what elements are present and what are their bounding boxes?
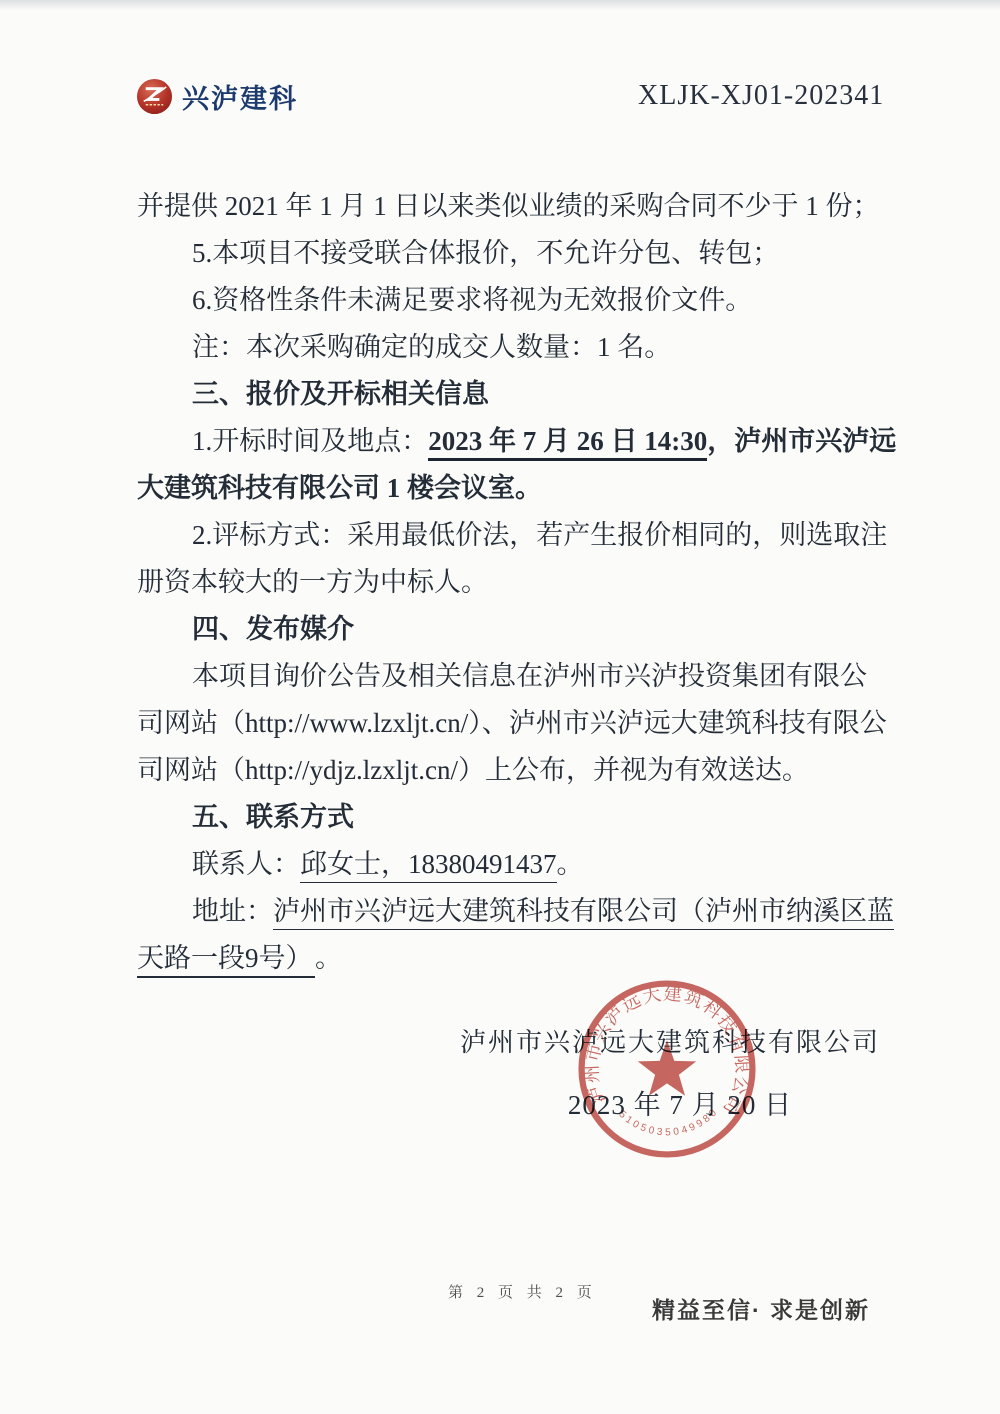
company-slogan: 精益至信· 求是创新	[652, 1292, 870, 1325]
open-bid-datetime: 2023 年 7 月 26 日 14:30	[428, 426, 707, 461]
document-number: XLJK-XJ01-202341	[638, 80, 884, 112]
body-line: 册资本较大的一方为中标人。	[137, 559, 892, 606]
company-logo: 兴泸建科	[136, 76, 298, 116]
body-line-website-2: 司网站（http://ydjz.lzxljt.cn/）上公布，并视为有效送达。	[137, 747, 892, 794]
body-line-open-bid: 1.开标时间及地点：2023 年 7 月 26 日 14:30，泸州市兴泸远	[137, 418, 892, 465]
open-bid-location: ，泸州市兴泸远	[707, 426, 896, 456]
contact-period: 。	[557, 849, 584, 879]
body-line-address-2: 天路一段9号）。	[137, 935, 892, 982]
body-line-contact: 联系人：邱女士，18380491437。	[137, 841, 892, 888]
body-line: 注：本次采购确定的成交人数量：1 名。	[137, 324, 892, 371]
section-heading-3: 三、报价及开标相关信息	[137, 371, 892, 418]
address-period: 。	[315, 943, 342, 973]
company-seal-stamp: 泸州市兴泸远大建筑科技有限公司 5105035049980	[571, 973, 763, 1165]
seal-code-text: 5105035049980	[616, 1106, 721, 1139]
page-number-indicator: 第 2 页 共 2 页	[448, 1281, 597, 1302]
body-line-website-1: 司网站（http://www.lzxljt.cn/）、泸州市兴泸远大建筑科技有限…	[137, 700, 892, 747]
body-line: 本项目询价公告及相关信息在泸州市兴泸投资集团有限公	[137, 653, 892, 700]
body-line: 并提供 2021 年 1 月 1 日以来类似业绩的采购合同不少于 1 份；	[137, 183, 892, 230]
open-bid-label: 1.开标时间及地点：	[192, 426, 428, 456]
section-heading-4: 四、发布媒介	[137, 606, 892, 653]
contact-person-phone: 邱女士，18380491437	[300, 849, 557, 883]
body-line: 2.评标方式：采用最低价法，若产生报价相同的，则选取注	[137, 512, 892, 559]
address-label: 地址：	[192, 896, 273, 926]
body-line-address-1: 地址：泸州市兴泸远大建筑科技有限公司（泸州市纳溪区蓝	[137, 888, 892, 935]
seal-star-icon	[638, 1040, 696, 1096]
body-line: 5.本项目不接受联合体报价，不允许分包、转包；	[137, 230, 892, 277]
scan-edge-shadow	[0, 0, 1000, 10]
body-line: 大建筑科技有限公司 1 楼会议室。	[137, 465, 892, 512]
logo-text: 兴泸建科	[182, 77, 298, 116]
svg-text:5105035049980: 5105035049980	[616, 1106, 721, 1139]
contact-label: 联系人：	[192, 849, 300, 879]
document-body: 并提供 2021 年 1 月 1 日以来类似业绩的采购合同不少于 1 份； 5.…	[137, 183, 892, 982]
address-text: 泸州市兴泸远大建筑科技有限公司（泸州市纳溪区蓝	[273, 896, 894, 930]
red-badge-z-icon	[136, 78, 173, 115]
section-heading-5: 五、联系方式	[137, 794, 892, 841]
address-text-2: 天路一段9号）	[137, 943, 315, 978]
body-line: 6.资格性条件未满足要求将视为无效报价文件。	[137, 277, 892, 324]
